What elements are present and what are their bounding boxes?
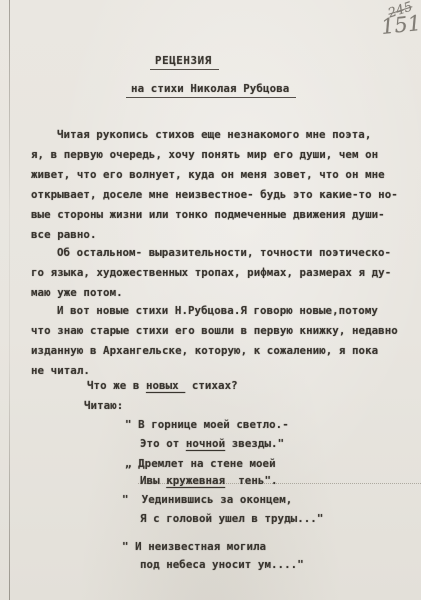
typewritten-line: Что же в новых стихах? bbox=[87, 379, 238, 392]
vertical-crease-line bbox=[9, 0, 10, 600]
text-segment: „ Дремлет на стене моей bbox=[125, 457, 276, 470]
text-segment: Читая рукопись стихов еще незнакомого мн… bbox=[57, 128, 371, 141]
typewritten-line: " Уединившись за оконцем, bbox=[122, 493, 292, 506]
typewritten-line: " В горнице моей светло.- bbox=[125, 418, 289, 431]
text-segment: Я с головой ушел в труды..." bbox=[140, 512, 323, 525]
typewritten-line: го языка, художественных тропах, рифмах,… bbox=[31, 266, 391, 279]
typewritten-line: И вот новые стихи Н.Рубцова.Я говорю нов… bbox=[57, 304, 378, 317]
text-segment: го языка, художественных тропах, рифмах,… bbox=[31, 266, 391, 279]
typewritten-line: Я с головой ушел в труды..." bbox=[140, 512, 323, 525]
text-segment: стихах? bbox=[185, 379, 237, 392]
typewritten-line: вые стороны жизни или тонко подмеченные … bbox=[31, 208, 385, 221]
typewritten-line: " И неизвестная могила bbox=[122, 540, 266, 553]
typewritten-line: Это от ночной звезды." bbox=[140, 437, 284, 450]
text-segment: живет, что его волнует, куда он меня зов… bbox=[31, 168, 385, 181]
text-segment: " И неизвестная могила bbox=[122, 540, 266, 553]
typewritten-line: Читая рукопись стихов еще незнакомого мн… bbox=[57, 128, 371, 141]
typewritten-line: я, в первую очередь, хочу понять мир его… bbox=[31, 148, 378, 161]
handwritten-page-number: 151 bbox=[380, 11, 421, 39]
typewritten-line: не читал. bbox=[31, 364, 90, 377]
text-segment: тень". bbox=[225, 474, 277, 487]
text-segment: " Уединившись за оконцем, bbox=[122, 493, 292, 506]
text-segment: Читаю: bbox=[84, 399, 123, 412]
typewritten-line: маю уже потом. bbox=[31, 286, 123, 299]
text-segment: Это от bbox=[140, 437, 186, 450]
text-segment: звезды." bbox=[225, 437, 284, 450]
text-segment: что знаю старые стихи его вошли в первую… bbox=[31, 324, 398, 337]
typewritten-line: живет, что его волнует, куда он меня зов… bbox=[31, 168, 385, 181]
typewritten-line: изданную в Архангельске, которую, к сожа… bbox=[31, 344, 378, 357]
text-segment: Что же в bbox=[87, 379, 146, 392]
text-segment: открывает, доселе мне неизвестное- будь … bbox=[31, 188, 398, 201]
document-title: РЕЦЕНЗИЯ bbox=[150, 54, 219, 70]
typewritten-line: под небеса уносит ум...." bbox=[140, 558, 304, 571]
underlined-text: кружевная bbox=[166, 474, 225, 487]
typewritten-line: Об остальном- выразительности, точности … bbox=[57, 246, 391, 259]
document-subtitle: на стихи Николая Рубцова bbox=[126, 82, 296, 98]
text-segment: я, в первую очередь, хочу понять мир его… bbox=[31, 148, 378, 161]
text-segment: Об остальном- выразительности, точности … bbox=[57, 246, 391, 259]
underlined-text: ночной bbox=[186, 437, 225, 450]
typewritten-line: что знаю старые стихи его вошли в первую… bbox=[31, 324, 398, 337]
text-segment: изданную в Архангельске, которую, к сожа… bbox=[31, 344, 378, 357]
text-segment: все равно. bbox=[31, 228, 97, 241]
text-segment: под небеса уносит ум...." bbox=[140, 558, 304, 571]
text-segment: Ивы bbox=[140, 474, 166, 487]
typewritten-line: Читаю: bbox=[84, 399, 123, 412]
typewritten-line: открывает, доселе мне неизвестное- будь … bbox=[31, 188, 398, 201]
text-segment: вые стороны жизни или тонко подмеченные … bbox=[31, 208, 385, 221]
typewritten-line: „ Дремлет на стене моей bbox=[125, 457, 276, 470]
typewritten-line: все равно. bbox=[31, 228, 97, 241]
scanned-document-page: 245 151 РЕЦЕНЗИЯ на стихи Николая Рубцов… bbox=[0, 0, 421, 600]
text-segment: не читал. bbox=[31, 364, 90, 377]
typewritten-line: Ивы кружевная тень". bbox=[140, 474, 278, 487]
underlined-text: новых bbox=[146, 379, 185, 392]
text-segment: маю уже потом. bbox=[31, 286, 123, 299]
text-segment: " В горнице моей светло.- bbox=[125, 418, 289, 431]
text-segment: И вот новые стихи Н.Рубцова.Я говорю нов… bbox=[57, 304, 378, 317]
